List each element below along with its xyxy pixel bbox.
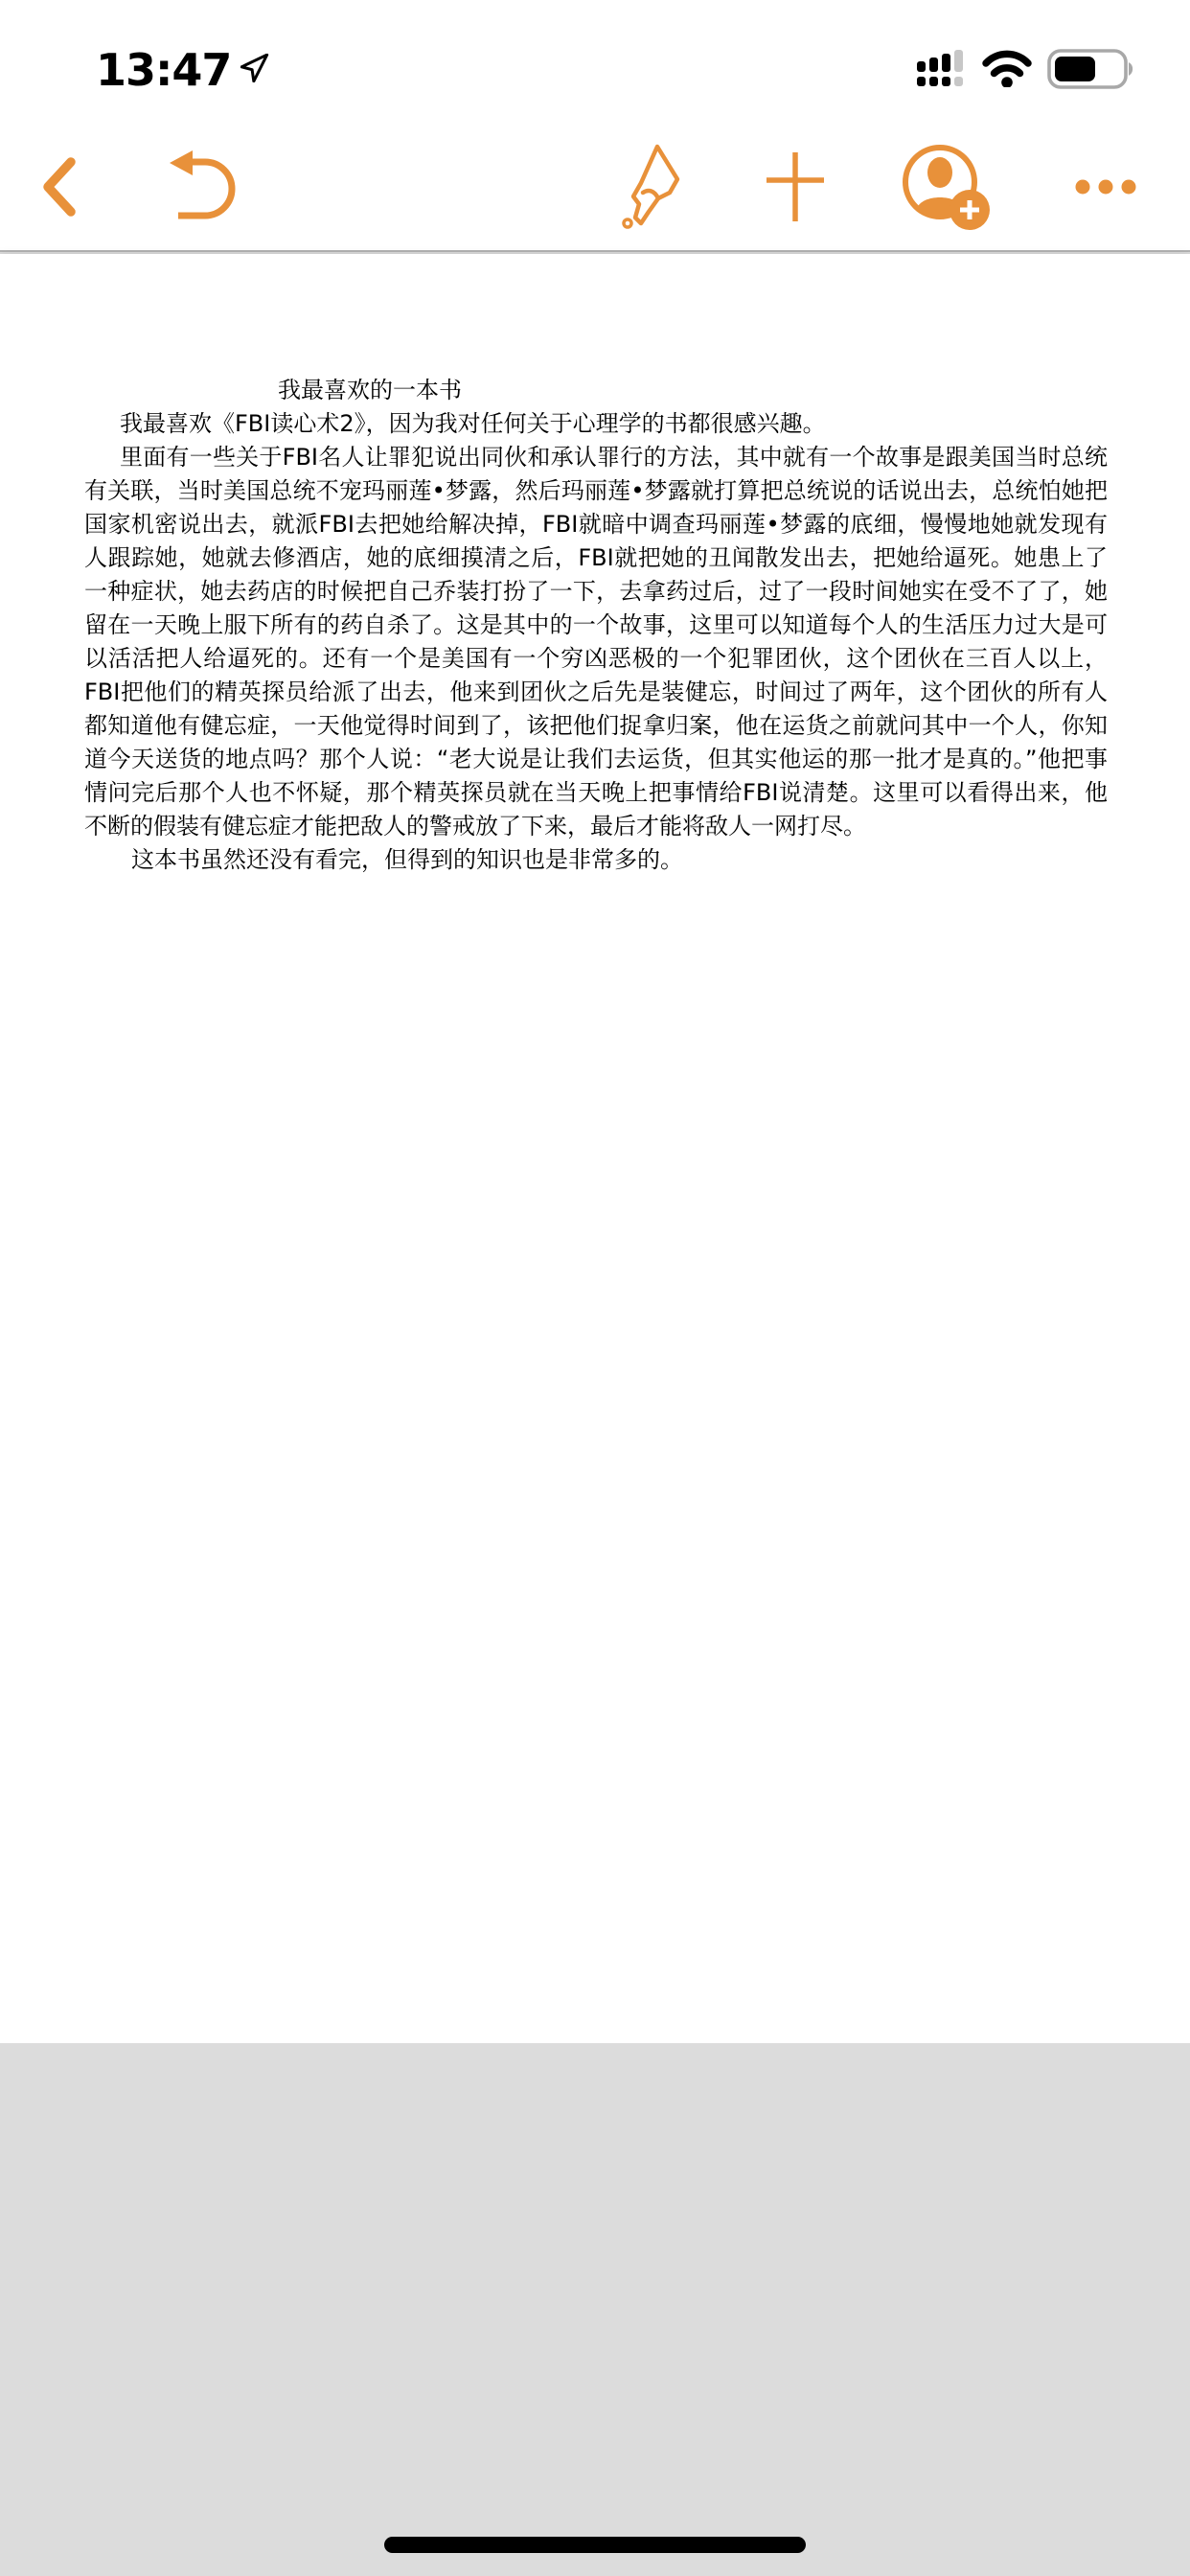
paragraph: 我最喜欢《FBI读心术2》，因为我对任何关于心理学的书都很感兴趣。 bbox=[84, 407, 1108, 441]
back-button[interactable] bbox=[25, 126, 92, 250]
paragraph: 里面有一些关于FBI名人让罪犯说出同伙和承认罪行的方法，其中就有一个故事是跟美国… bbox=[84, 441, 1108, 843]
format-button[interactable] bbox=[602, 126, 698, 250]
undo-arrow-icon bbox=[157, 150, 238, 226]
status-bar: 13:47 bbox=[0, 0, 1190, 126]
paint-brush-icon bbox=[614, 143, 685, 234]
collaborate-button[interactable] bbox=[897, 126, 993, 250]
more-button[interactable] bbox=[1060, 126, 1152, 250]
chevron-left-icon bbox=[38, 155, 79, 221]
paragraph: 这本书虽然还没有看完，但得到的知识也是非常多的。 bbox=[84, 843, 1108, 877]
status-bar-left: 13:47 bbox=[96, 44, 269, 96]
cellular-signal-icon bbox=[917, 49, 967, 91]
document-page[interactable]: 我最喜欢的一本书 我最喜欢《FBI读心术2》，因为我对任何关于心理学的书都很感兴… bbox=[0, 254, 1190, 2043]
plus-icon bbox=[759, 149, 832, 228]
wifi-icon bbox=[982, 49, 1032, 91]
location-arrow-icon bbox=[240, 54, 269, 86]
home-indicator[interactable] bbox=[384, 2537, 806, 2553]
canvas-below-page bbox=[0, 2043, 1190, 2576]
document-body: 我最喜欢的一本书 我最喜欢《FBI读心术2》，因为我对任何关于心理学的书都很感兴… bbox=[84, 374, 1108, 877]
status-bar-right bbox=[917, 47, 1135, 93]
person-add-icon bbox=[898, 140, 992, 237]
undo-button[interactable] bbox=[149, 126, 245, 250]
pages-app-screen: 13:47 bbox=[0, 0, 1190, 2576]
ellipsis-icon bbox=[1074, 177, 1137, 199]
document-title: 我最喜欢的一本书 bbox=[84, 374, 1108, 407]
insert-button[interactable] bbox=[752, 126, 838, 250]
toolbar bbox=[0, 126, 1190, 252]
battery-icon bbox=[1047, 47, 1135, 93]
clock-time: 13:47 bbox=[96, 44, 231, 96]
